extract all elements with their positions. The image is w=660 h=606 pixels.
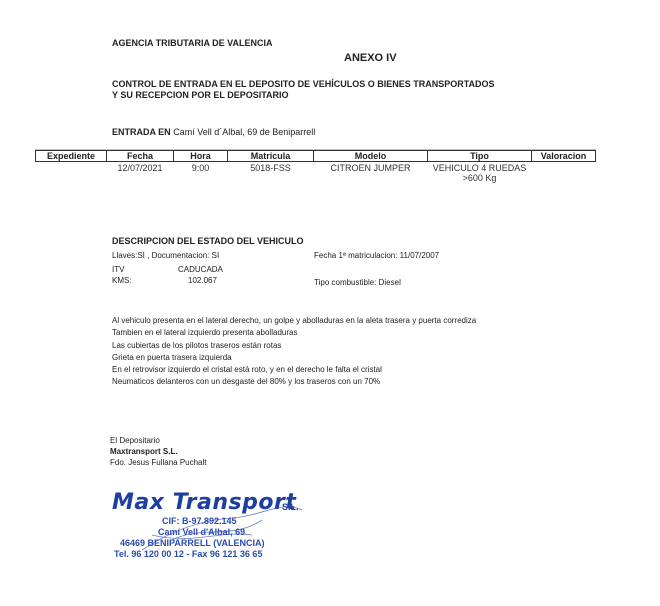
signature-company: Maxtransport S.L.	[110, 446, 207, 457]
kms-label: KMS:	[112, 276, 132, 285]
company-stamp: Max Transport S.L. CIF: B-97.892.145 Cam…	[112, 490, 312, 570]
signature-signer: Fdo. Jesus Fullana Puchalt	[110, 457, 207, 468]
column-header-matricula: Matricula	[227, 150, 314, 162]
column-header-hora: Hora	[173, 150, 228, 162]
cell-modelo: CITROEN JUMPER	[313, 163, 428, 173]
annex-title: ANEXO IV	[344, 52, 397, 64]
cell-tipo: VEHICULO 4 RUEDAS >600 Kg	[427, 163, 532, 183]
damage-notes: Al vehiculo presenta en el lateral derec…	[112, 315, 476, 389]
damage-note: Grieta en puerta trasera izquierda	[112, 352, 476, 364]
itv-value: CADUCADA	[178, 265, 223, 274]
fuel-type: Tipo combustible: Diesel	[314, 278, 401, 287]
damage-note: Tambien en el lateral izquierdo presenta…	[112, 327, 476, 339]
cell-tipo-line1: VEHICULO 4 RUEDAS	[427, 163, 532, 173]
signature-role: El Depositario	[110, 435, 207, 446]
damage-note: En el retrovisor izquierdo el cristal es…	[112, 364, 476, 376]
cell-fecha: 12/07/2021	[106, 163, 174, 173]
entry-label: ENTRADA EN	[112, 127, 171, 137]
itv-label: ITV	[112, 265, 124, 274]
column-header-fecha: Fecha	[106, 150, 174, 162]
cell-hora: 9:00	[173, 163, 228, 173]
description-title: DESCRIPCION DEL ESTADO DEL VEHICULO	[112, 236, 304, 246]
document-title-line1: CONTROL DE ENTRADA EN EL DEPOSITO DE VEH…	[112, 79, 495, 89]
handwritten-signature-icon	[112, 490, 312, 570]
keys-documentation: Llaves:SI , Documentacion: SI	[112, 251, 219, 260]
damage-note: Neumaticos delanteros con un desgaste de…	[112, 376, 476, 388]
damage-note: Las cubiertas de los pilotos traseros es…	[112, 340, 476, 352]
document-title-line2: Y SU RECEPCION POR EL DEPOSITARIO	[112, 90, 289, 100]
signature-block: El Depositario Maxtransport S.L. Fdo. Je…	[110, 435, 207, 468]
column-header-expediente: Expediente	[35, 150, 107, 162]
entry-location: ENTRADA EN Camí Vell d´Albal, 69 de Beni…	[112, 127, 315, 137]
cell-matricula: 5018-FSS	[227, 163, 314, 173]
entry-address: Camí Vell d´Albal, 69 de Beniparrell	[173, 127, 315, 137]
agency-name: AGENCIA TRIBUTARIA DE VALENCIA	[112, 38, 273, 48]
cell-tipo-line2: >600 Kg	[427, 173, 532, 183]
column-header-tipo: Tipo	[427, 150, 532, 162]
column-header-valoracion: Valoracion	[531, 150, 596, 162]
first-registration-date: Fecha 1ª matriculacion: 11/07/2007	[314, 251, 439, 260]
kms-value: 102.067	[188, 276, 217, 285]
column-header-modelo: Modelo	[313, 150, 428, 162]
damage-note: Al vehiculo presenta en el lateral derec…	[112, 315, 476, 327]
